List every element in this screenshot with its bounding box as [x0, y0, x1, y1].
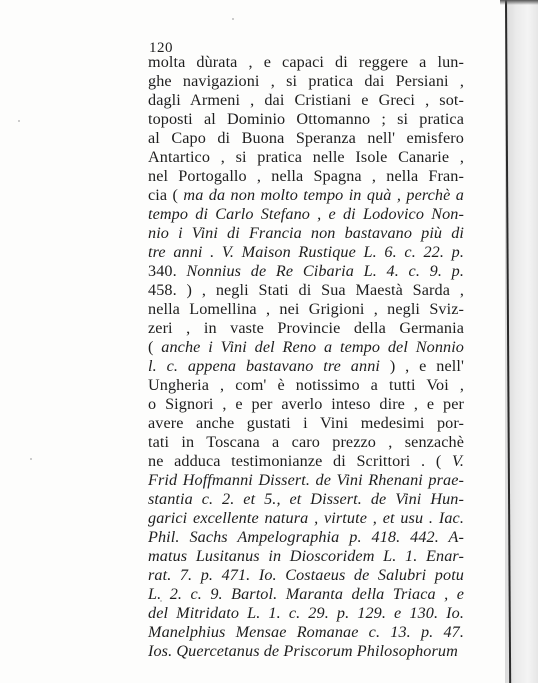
- text-line: Ungheria , com' è notissimo a tutti Voi …: [148, 376, 464, 395]
- text-line: del Mitridato L. 1. c. 29. p. 129. e 130…: [148, 604, 464, 623]
- text-segment: nel Portogallo , nella Spagna , nella Fr…: [148, 167, 464, 185]
- text-line: zeri , in vaste Provincie della Germania: [148, 319, 464, 338]
- page-edge-top-shadow: [500, 0, 538, 5]
- italic-text-segment: Manelphius Mensae Romanae c. 13. p. 47.: [148, 623, 464, 641]
- text-segment: toposti al Dominio Ottomanno ; si pratic…: [148, 110, 464, 128]
- book-page: 120 molta dùrata , e capaci di reggere a…: [0, 0, 538, 683]
- text-line: tempo di Carlo Stefano , e di Lodovico N…: [148, 205, 464, 224]
- text-line: rat. 7. p. 471. Io. Costaeus de Salubri …: [148, 566, 464, 585]
- text-line: Manelphius Mensae Romanae c. 13. p. 47.: [148, 623, 464, 642]
- text-line: 340. Nonnius de Re Cibaria L. 4. c. 9. p…: [148, 262, 464, 281]
- text-segment: ne adduca testimonianze di Scrittori . (: [148, 452, 452, 470]
- italic-text-segment: tempo di Carlo Stefano , e di Lodovico N…: [148, 205, 464, 223]
- text-line: nio i Vini di Francia non bastavano più …: [148, 224, 464, 243]
- text-line: Phil. Sachs Ampelographia p. 418. 442. A…: [148, 528, 464, 547]
- italic-text-segment: tre anni . V. Maison Rustique L. 6. c. 2…: [148, 243, 464, 261]
- text-line: Frid Hoffmanni Dissert. de Vini Rhenani …: [148, 471, 464, 490]
- text-line: l. c. appena bastavano tre anni ) , e ne…: [148, 357, 464, 376]
- text-segment: 340.: [148, 262, 186, 280]
- italic-text-segment: stantia c. 2. et 5., et Dissert. de Vini…: [148, 490, 464, 508]
- italic-text-segment: Nonnius de Re Cibaria L. 4. c. 9. p.: [186, 262, 464, 280]
- italic-text-segment: Ios. Quercetanus de Priscorum Philosopho…: [148, 642, 458, 660]
- italic-text-segment: V.: [452, 452, 464, 470]
- text-line: ne adduca testimonianze di Scrittori . (…: [148, 452, 464, 471]
- italic-text-segment: del Mitridato L. 1. c. 29. p. 129. e 130…: [148, 604, 464, 622]
- text-segment: avere anche gustati i Vini medesimi por-: [148, 414, 464, 432]
- text-line: L. 2. c. 9. Bartol. Maranta della Triaca…: [148, 585, 464, 604]
- text-line: Antartico , si pratica nelle Isole Canar…: [148, 148, 464, 167]
- paper-speck: [18, 120, 20, 122]
- text-segment: o Signori , e per averlo inteso dire , e…: [148, 395, 464, 413]
- text-segment: cia (: [148, 186, 183, 204]
- italic-text-segment: l. c. appena bastavano tre anni: [148, 357, 380, 375]
- italic-text-segment: ma da non molto tempo in quà , perchè a: [183, 186, 464, 204]
- paper-speck: [160, 600, 162, 602]
- paper-speck: [370, 592, 372, 594]
- text-segment: molta dùrata , e capaci di reggere a lun…: [148, 53, 464, 71]
- text-line: o Signori , e per averlo inteso dire , e…: [148, 395, 464, 414]
- text-line: toposti al Dominio Ottomanno ; si pratic…: [148, 110, 464, 129]
- text-line: ghe navigazioni , si pratica dai Persian…: [148, 72, 464, 91]
- italic-text-segment: anche i Vini del Reno a tempo del Nonnio: [161, 338, 464, 356]
- paper-speck: [30, 458, 32, 460]
- text-line: tre anni . V. Maison Rustique L. 6. c. 2…: [148, 243, 464, 262]
- text-line: Ios. Quercetanus de Priscorum Philosopho…: [148, 642, 464, 661]
- text-segment: dagli Armeni , dai Cristiani e Greci , s…: [148, 91, 464, 109]
- text-line: 458. ) , negli Stati di Sua Maestà Sarda…: [148, 281, 464, 300]
- text-line: avere anche gustati i Vini medesimi por-: [148, 414, 464, 433]
- text-line: nel Portogallo , nella Spagna , nella Fr…: [148, 167, 464, 186]
- text-line: garici excellente natura , virtute , et …: [148, 509, 464, 528]
- text-segment: Ungheria , com' è notissimo a tutti Voi …: [148, 376, 464, 394]
- text-line: cia ( ma da non molto tempo in quà , per…: [148, 186, 464, 205]
- text-segment: tati in Toscana a caro prezzo , senzachè: [148, 433, 464, 451]
- paper-speck: [232, 18, 234, 20]
- text-line: tati in Toscana a caro prezzo , senzachè: [148, 433, 464, 452]
- text-line: molta dùrata , e capaci di reggere a lun…: [148, 53, 464, 72]
- text-segment: ghe navigazioni , si pratica dai Persian…: [148, 72, 464, 90]
- text-segment: nella Lomellina , nei Grigioni , negli S…: [148, 300, 464, 318]
- italic-text-segment: L. 2. c. 9. Bartol. Maranta della Triaca…: [148, 585, 464, 603]
- text-segment: al Capo di Buona Speranza nell' emisfero: [148, 129, 464, 147]
- italic-text-segment: Frid Hoffmanni Dissert. de Vini Rhenani …: [148, 471, 464, 489]
- italic-text-segment: garici excellente natura , virtute , et …: [148, 509, 464, 527]
- text-line: nella Lomellina , nei Grigioni , negli S…: [148, 300, 464, 319]
- italic-text-segment: Phil. Sachs Ampelographia p. 418. 442. A…: [148, 528, 464, 546]
- text-line: ( anche i Vini del Reno a tempo del Nonn…: [148, 338, 464, 357]
- body-text: molta dùrata , e capaci di reggere a lun…: [148, 53, 464, 661]
- text-line: al Capo di Buona Speranza nell' emisfero: [148, 129, 464, 148]
- italic-text-segment: rat. 7. p. 471. Io. Costaeus de Salubri …: [148, 566, 464, 584]
- text-segment: zeri , in vaste Provincie della Germania: [148, 319, 464, 337]
- italic-text-segment: matus Lusitanus in Dioscoridem L. 1. Ena…: [148, 547, 464, 565]
- text-line: dagli Armeni , dai Cristiani e Greci , s…: [148, 91, 464, 110]
- text-segment: 458. ) , negli Stati di Sua Maestà Sarda…: [148, 281, 464, 299]
- text-segment: (: [148, 338, 161, 356]
- text-line: stantia c. 2. et 5., et Dissert. de Vini…: [148, 490, 464, 509]
- text-segment: ) , e nell': [380, 357, 464, 375]
- italic-text-segment: nio i Vini di Francia non bastavano più …: [148, 224, 464, 242]
- text-line: matus Lusitanus in Dioscoridem L. 1. Ena…: [148, 547, 464, 566]
- text-segment: Antartico , si pratica nelle Isole Canar…: [148, 148, 464, 166]
